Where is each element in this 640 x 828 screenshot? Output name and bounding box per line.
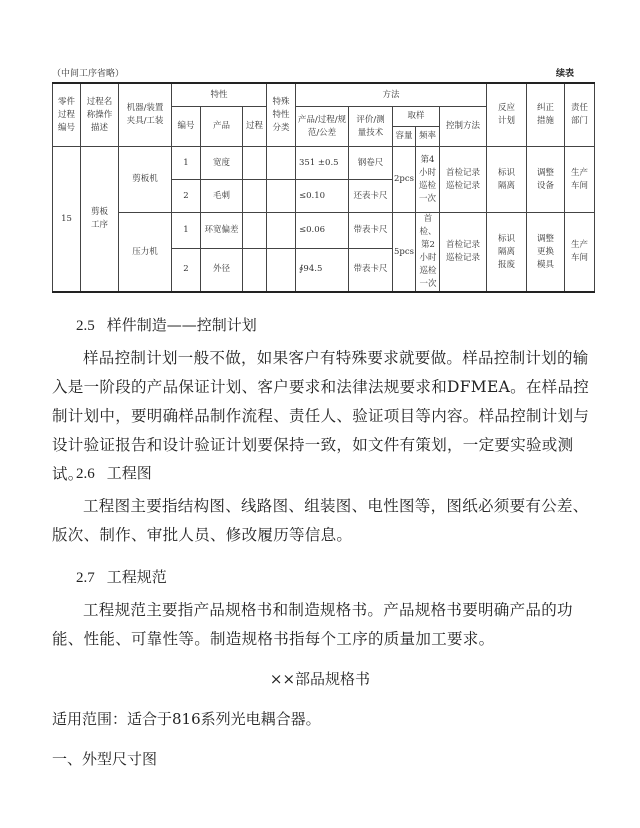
header-reaction-plan: 反应计划	[487, 83, 527, 147]
sample-freq-cell: 首检、第2小时巡检一次	[416, 213, 440, 293]
process-no-cell: 15	[53, 147, 81, 293]
header-responsible: 责任部门	[565, 83, 595, 147]
header-char-no: 编号	[172, 107, 201, 147]
control-method-cell: 首检记录巡检记录	[440, 147, 487, 213]
process-name-cell: 剪板工序	[81, 147, 119, 293]
header-special-class: 特殊特性分类	[267, 83, 296, 147]
spec-doc-scope: 适用范围：适合于816系列光电耦合器。	[52, 708, 321, 729]
corrective-cell: 调整设备	[527, 147, 565, 213]
char-product-cell: 毛刺	[201, 180, 243, 213]
header-char-process: 过程	[243, 107, 267, 147]
section-paragraph-2-7: 工程规范主要指产品规格书和制造规格书。产品规格书要明确产品的功能、性能、可靠性等…	[52, 596, 597, 654]
header-sample-size: 容量	[393, 127, 416, 147]
header-control-method: 控制方法	[440, 107, 487, 147]
sample-size-cell: 5pcs	[393, 213, 416, 293]
char-no-cell: 2	[172, 180, 201, 213]
control-method-cell: 首检记录巡检记录	[440, 213, 487, 293]
char-no-cell: 1	[172, 213, 201, 249]
machine-cell: 压力机	[119, 213, 172, 293]
section-heading-2-5: 2.5样件制造——控制计划	[76, 314, 257, 335]
header-corrective: 纠正措施	[527, 83, 565, 147]
char-product-cell: 宽度	[201, 147, 243, 180]
header-eval: 评价/测量技术	[349, 107, 393, 147]
spec-cell: ≤0.06	[296, 213, 349, 249]
eval-cell: 带表卡尺	[349, 248, 393, 292]
continued-label: 续表	[556, 66, 574, 79]
special-class-cell	[267, 248, 296, 292]
header-process-name: 过程名称操作描述	[81, 83, 119, 147]
reaction-plan-cell: 标识隔离	[487, 147, 527, 213]
char-process-cell	[243, 147, 267, 180]
reaction-plan-cell: 标识隔离报废	[487, 213, 527, 293]
header-characteristics: 特性	[172, 83, 267, 107]
char-product-cell: 环宽偏差	[201, 213, 243, 249]
sample-freq-cell: 第4小时巡检一次	[416, 147, 440, 213]
special-class-cell	[267, 213, 296, 249]
header-spec: 产品/过程/规范/公差	[296, 107, 349, 147]
table-row: 15 剪板工序 剪板机 1 宽度 351 ±0.5 钢卷尺 2pcs 第4小时巡…	[53, 147, 595, 180]
char-process-cell	[243, 248, 267, 292]
control-plan-table: 零件过程编号 过程名称操作描述 机器/装置夹具/工装 特性 特殊特性分类 方法 …	[52, 82, 595, 293]
eval-cell: 还表卡尺	[349, 180, 393, 213]
table-row: 压力机 1 环宽偏差 ≤0.06 带表卡尺 5pcs 首检、第2小时巡检一次 首…	[53, 213, 595, 249]
special-class-cell	[267, 147, 296, 180]
special-class-cell	[267, 180, 296, 213]
header-part-process-no: 零件过程编号	[53, 83, 81, 147]
header-machine: 机器/装置夹具/工装	[119, 83, 172, 147]
section-heading-2-6: 2.6工程图	[76, 462, 152, 483]
responsible-cell: 生产车间	[565, 147, 595, 213]
header-sample-freq: 频率	[416, 127, 440, 147]
corrective-cell: 调整更换模具	[527, 213, 565, 293]
char-no-cell: 1	[172, 147, 201, 180]
eval-cell: 带表卡尺	[349, 213, 393, 249]
spec-doc-item-1: 一、外型尺寸图	[52, 748, 157, 769]
char-product-cell: 外径	[201, 248, 243, 292]
spec-cell: ≤0.10	[296, 180, 349, 213]
char-no-cell: 2	[172, 248, 201, 292]
spec-doc-title: ××部品规格书	[0, 668, 640, 689]
eval-cell: 钢卷尺	[349, 147, 393, 180]
char-process-cell	[243, 180, 267, 213]
machine-cell: 剪板机	[119, 147, 172, 213]
sample-size-cell: 2pcs	[393, 147, 416, 213]
section-paragraph-2-6: 工程图主要指结构图、线路图、组装图、电性图等，图纸必须要有公差、版次、制作、审批…	[52, 492, 597, 550]
header-methods: 方法	[296, 83, 487, 107]
responsible-cell: 生产车间	[565, 213, 595, 293]
section-heading-2-7: 2.7工程规范	[76, 566, 167, 587]
char-process-cell	[243, 213, 267, 249]
header-sampling: 取样	[393, 107, 440, 127]
spec-cell: 351 ±0.5	[296, 147, 349, 180]
spec-cell: ∮94.5	[296, 248, 349, 292]
header-char-product: 产品	[201, 107, 243, 147]
table-note: （中间工序省略）	[52, 66, 124, 79]
